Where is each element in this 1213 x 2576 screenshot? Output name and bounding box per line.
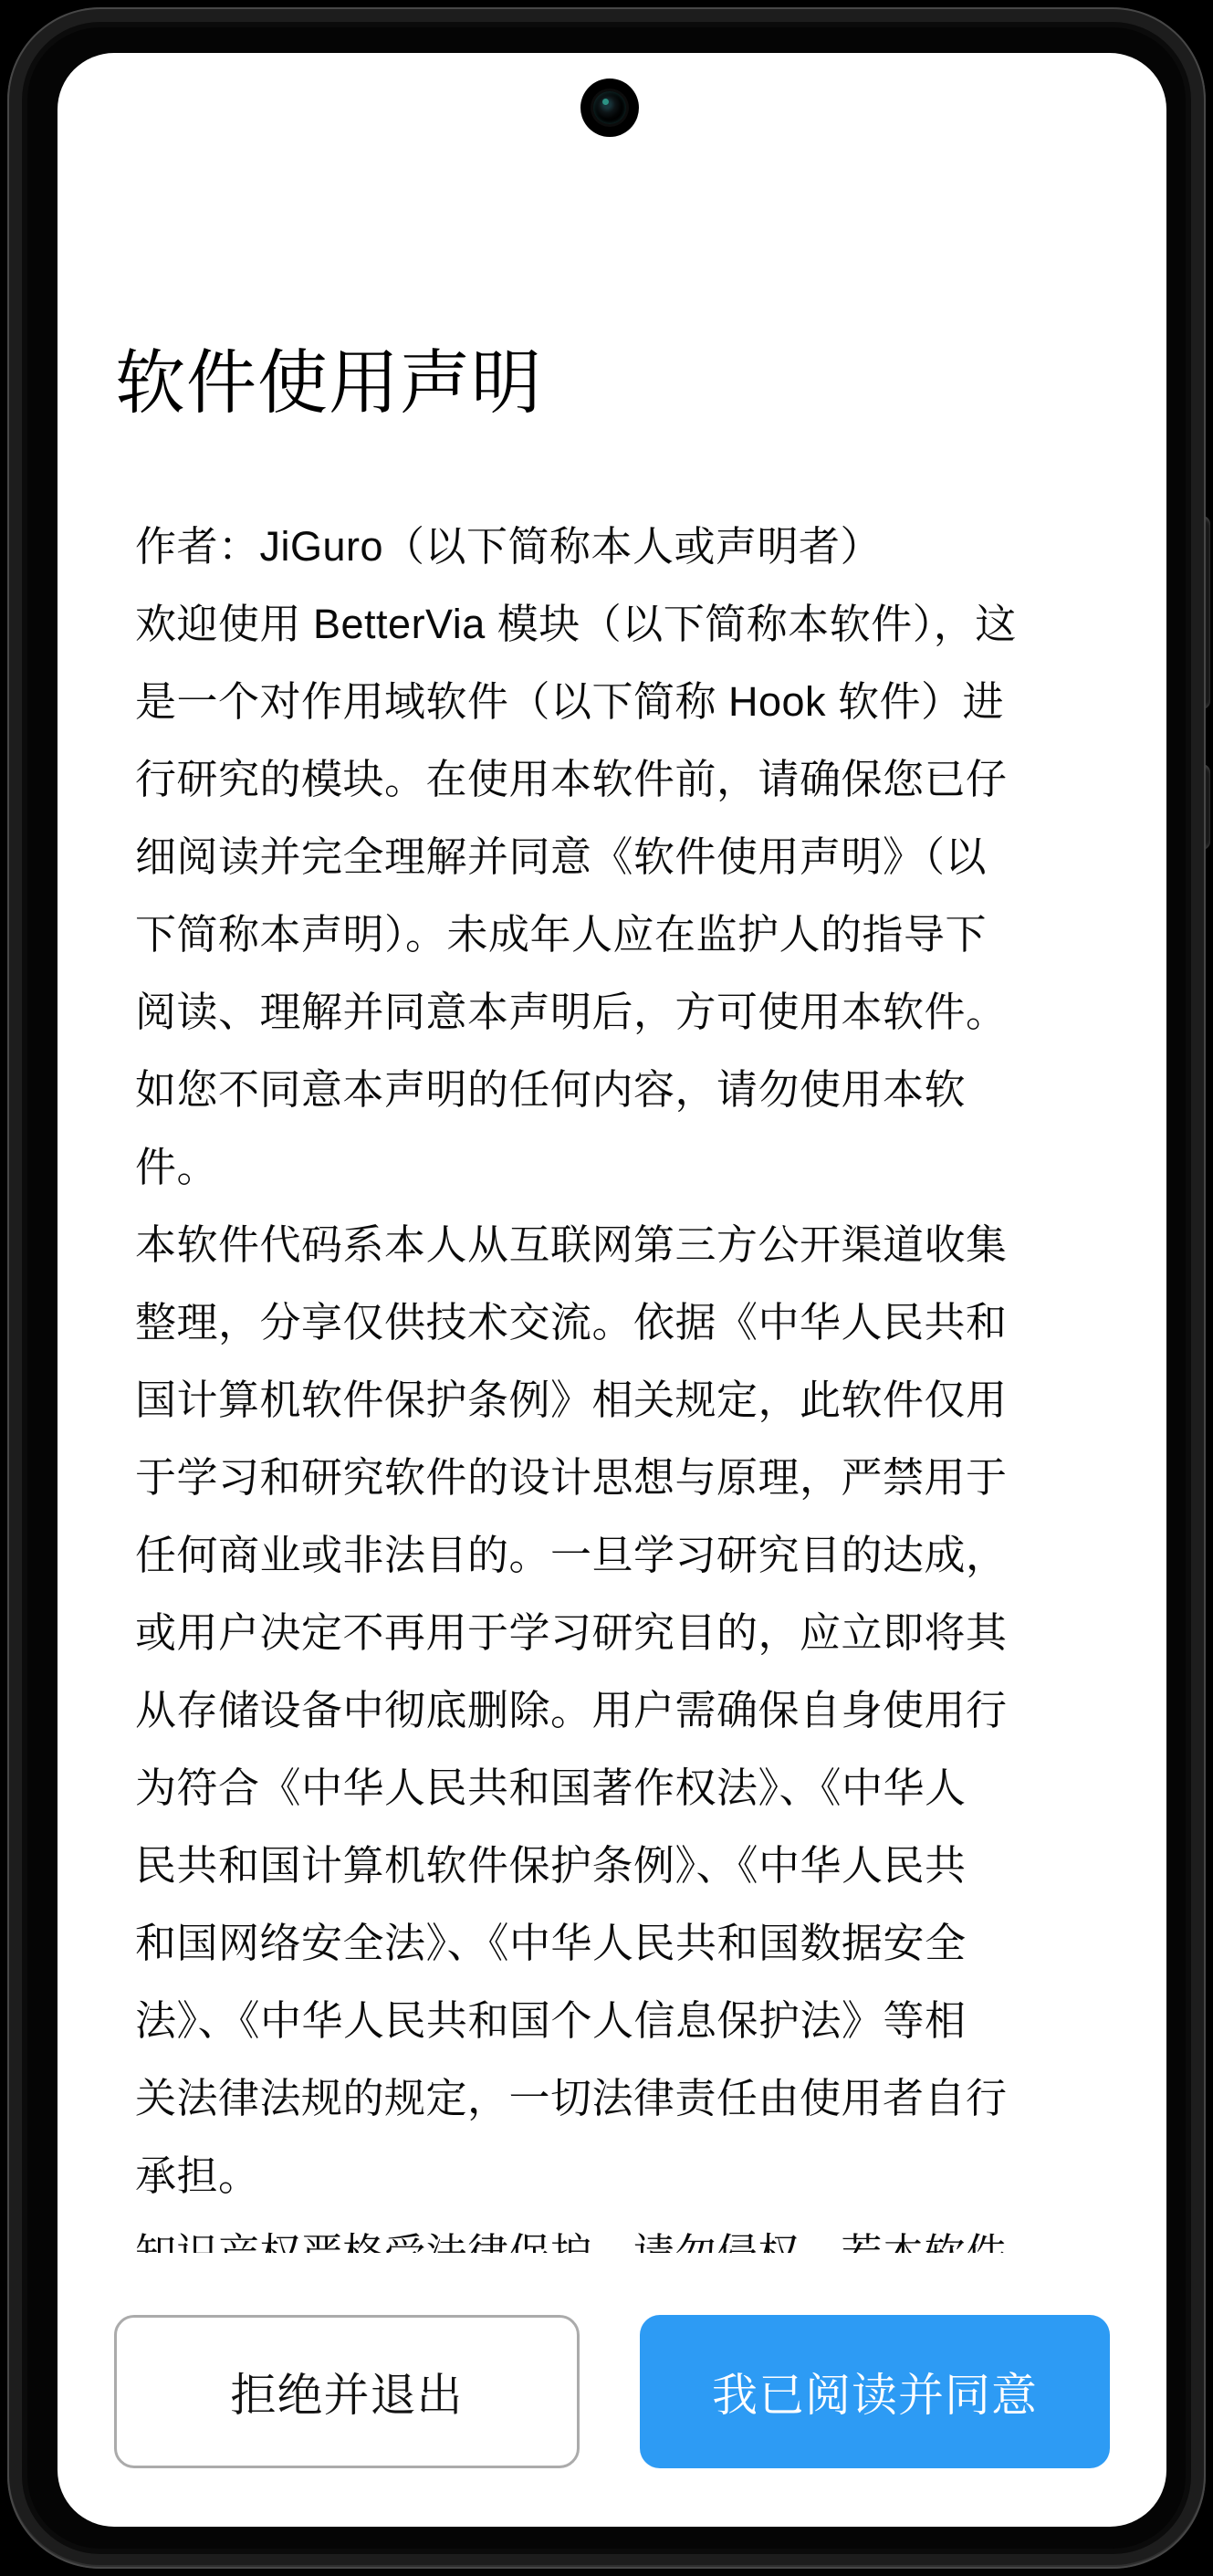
camera-glint xyxy=(602,99,609,105)
phone-frame: 软件使用声明 作者：JiGuro（以下简称本人或声明者） 欢迎使用 Better… xyxy=(7,7,1206,2569)
declaration-scroll-area[interactable]: 作者：JiGuro（以下简称本人或声明者） 欢迎使用 BetterVia 模块（… xyxy=(135,508,1166,2253)
agree-button[interactable]: 我已阅读并同意 xyxy=(640,2315,1110,2468)
footer-actions: 拒绝并退出 我已阅读并同意 xyxy=(58,2315,1166,2468)
screen: 软件使用声明 作者：JiGuro（以下简称本人或声明者） 欢迎使用 Better… xyxy=(58,53,1166,2527)
page-title: 软件使用声明 xyxy=(115,349,542,419)
reject-and-exit-button[interactable]: 拒绝并退出 xyxy=(114,2315,580,2468)
camera-lens-icon xyxy=(593,91,626,124)
declaration-text: 作者：JiGuro（以下简称本人或声明者） 欢迎使用 BetterVia 模块（… xyxy=(135,508,1166,2253)
front-camera xyxy=(580,79,639,137)
